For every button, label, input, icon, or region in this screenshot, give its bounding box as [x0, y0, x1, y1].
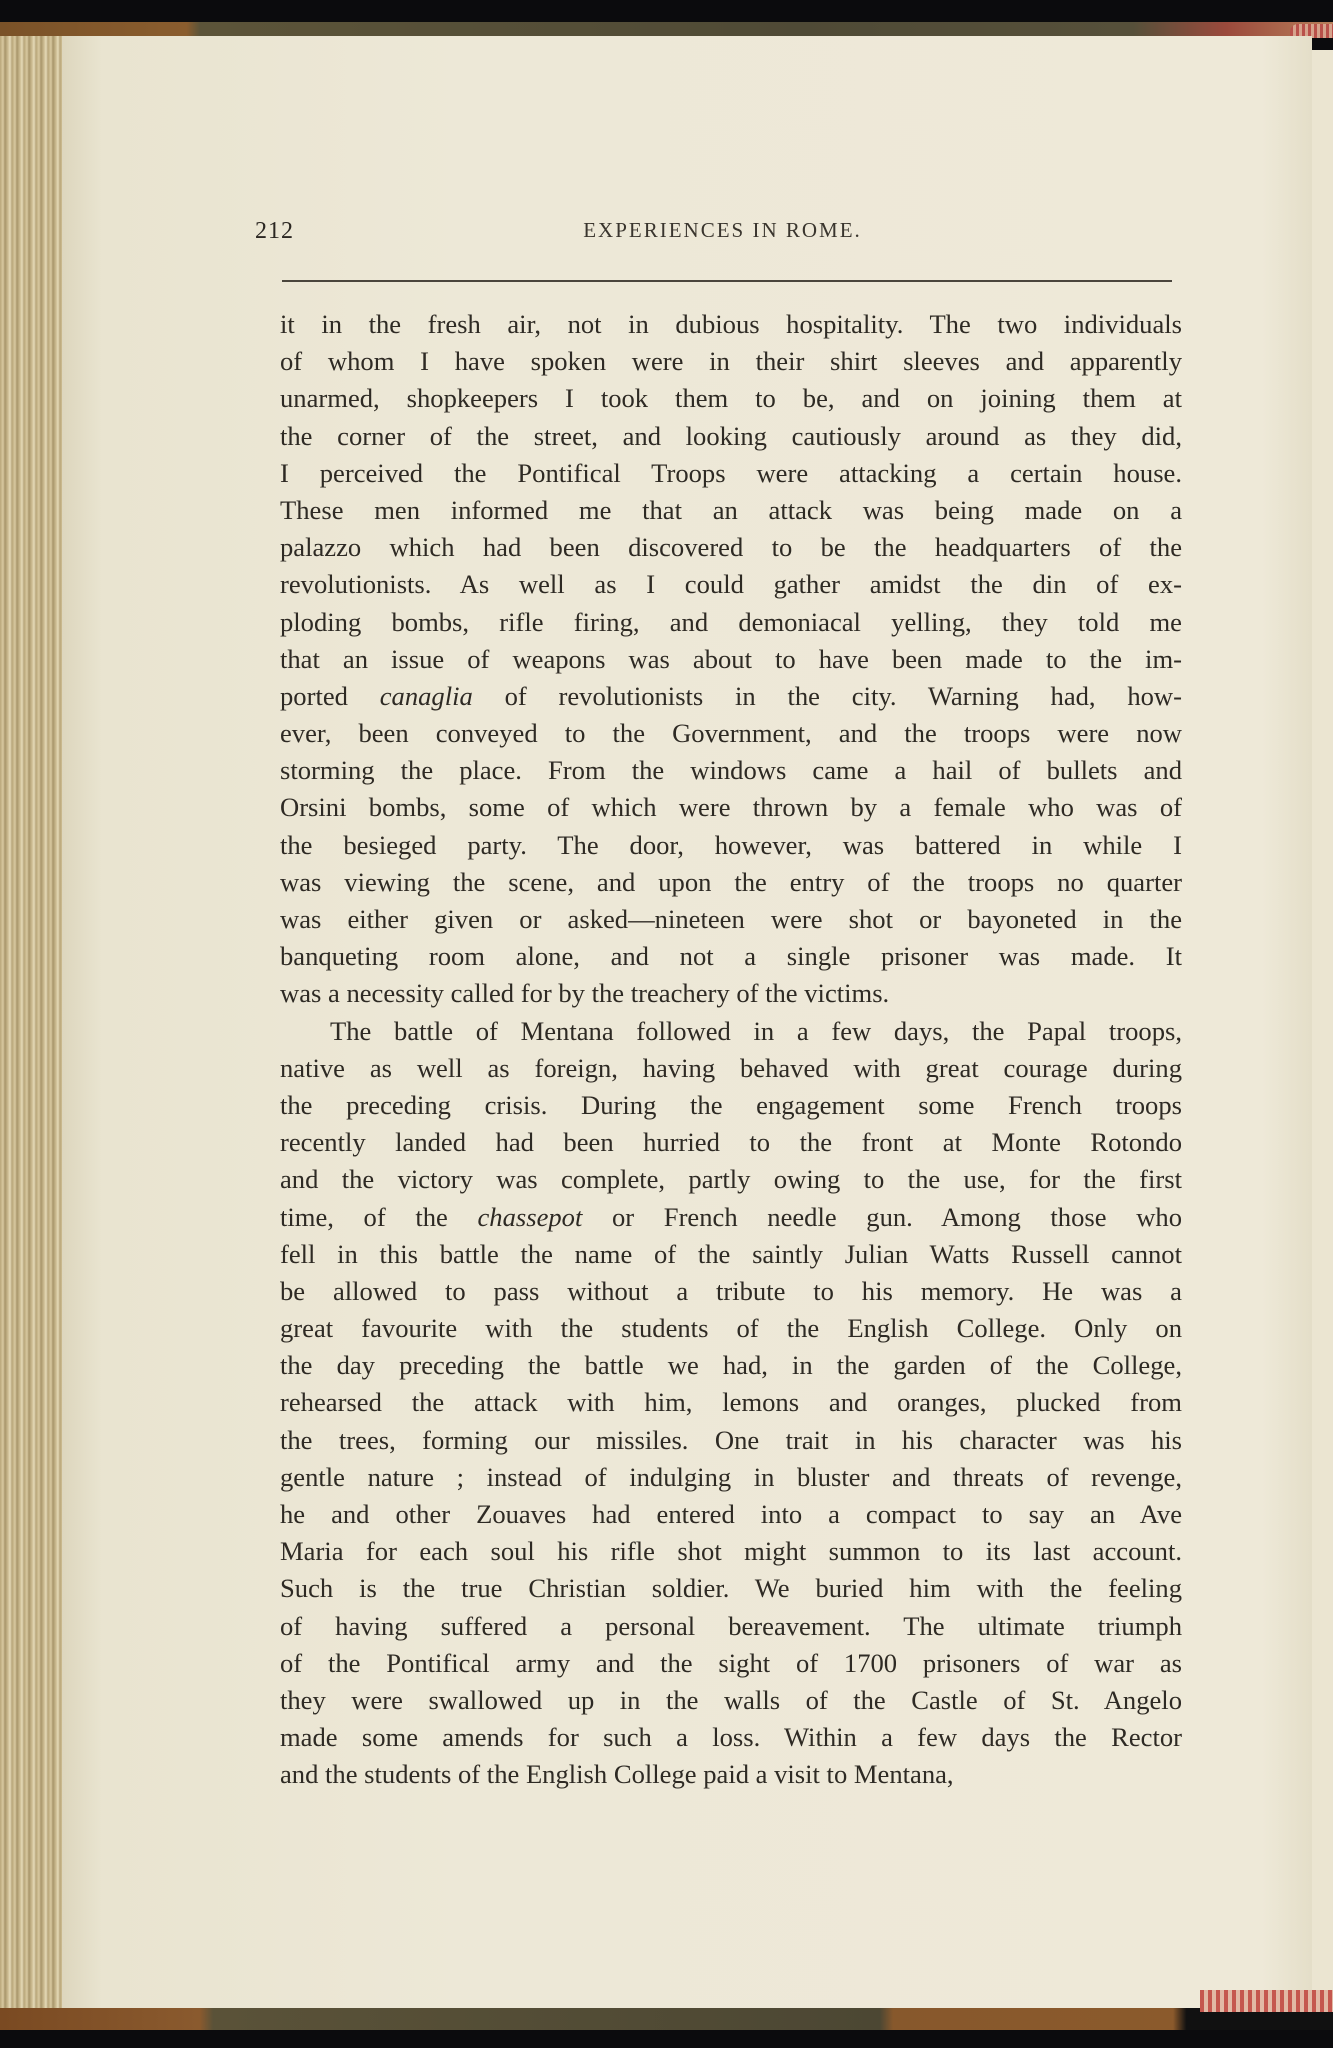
text-line: palazzo which had been discovered to be …: [280, 529, 1182, 566]
text-line: of the Pontifical army and the sight of …: [280, 1645, 1182, 1682]
running-head: 212 EXPERIENCES IN ROME.: [255, 218, 1170, 248]
italic-term: chassepot: [477, 1202, 582, 1232]
book-red-edge-bottom: [1200, 1990, 1333, 2012]
text-line: Such is the true Christian soldier. We b…: [280, 1570, 1182, 1607]
text-line: Orsini bombs, some of which were thrown …: [280, 789, 1182, 826]
text-line: These men informed me that an attack was…: [280, 492, 1182, 529]
text-line: storming the place. From the windows cam…: [280, 752, 1182, 789]
text-line: they were swallowed up in the walls of t…: [280, 1682, 1182, 1719]
text-line: was a necessity called for by the treach…: [280, 975, 1182, 1012]
text-line: unarmed, shopkeepers I took them to be, …: [280, 380, 1182, 417]
book-bottom-binding: [0, 2008, 1333, 2030]
text-line: the trees, forming our missiles. One tra…: [280, 1422, 1182, 1459]
text-line: and the students of the English College …: [280, 1756, 1182, 1793]
text-line: rehearsed the attack with him, lemons an…: [280, 1384, 1182, 1421]
text-line: of whom I have spoken were in their shir…: [280, 343, 1182, 380]
text-line: ever, been conveyed to the Government, a…: [280, 715, 1182, 752]
text-line: fell in this battle the name of the sain…: [280, 1236, 1182, 1273]
text-line: the day preceding the battle we had, in …: [280, 1347, 1182, 1384]
text-line: recently landed had been hurried to the …: [280, 1124, 1182, 1161]
book-top-binding: [0, 22, 1333, 36]
text-line: ploding bombs, rifle firing, and demonia…: [280, 604, 1182, 641]
header-rule: [282, 280, 1172, 282]
text-line: made some amends for such a loss. Within…: [280, 1719, 1182, 1756]
text-line: banqueting room alone, and not a single …: [280, 938, 1182, 975]
text-line: of having suffered a personal bereavemen…: [280, 1608, 1182, 1645]
text-line: The battle of Mentana followed in a few …: [280, 1013, 1182, 1050]
text-line: time, of the chassepot or French needle …: [280, 1199, 1182, 1236]
text-line: revolutionists. As well as I could gathe…: [280, 566, 1182, 603]
text-line: was either given or asked—nineteen were …: [280, 901, 1182, 938]
text-line: the besieged party. The door, however, w…: [280, 827, 1182, 864]
text-line: was viewing the scene, and upon the entr…: [280, 864, 1182, 901]
text-line: great favourite with the students of the…: [280, 1310, 1182, 1347]
text-line: he and other Zouaves had entered into a …: [280, 1496, 1182, 1533]
text-line: and the victory was complete, partly owi…: [280, 1161, 1182, 1198]
body-text: it in the fresh air, not in dubious hosp…: [280, 306, 1182, 1794]
text-line: that an issue of weapons was about to ha…: [280, 641, 1182, 678]
running-head-title: EXPERIENCES IN ROME.: [255, 218, 1170, 243]
text-line: be allowed to pass without a tribute to …: [280, 1273, 1182, 1310]
text-line: Maria for each soul his rifle shot might…: [280, 1533, 1182, 1570]
text-line: the preceding crisis. During the engagem…: [280, 1087, 1182, 1124]
text-line: gentle nature ; instead of indulging in …: [280, 1459, 1182, 1496]
text-line: I perceived the Pontifical Troops were a…: [280, 455, 1182, 492]
text-line: native as well as foreign, having behave…: [280, 1050, 1182, 1087]
text-line: ported canaglia of revolutionists in the…: [280, 678, 1182, 715]
stacked-page-edges: [0, 36, 63, 2012]
italic-term: canaglia: [380, 681, 473, 711]
text-line: it in the fresh air, not in dubious hosp…: [280, 306, 1182, 343]
text-line: the corner of the street, and looking ca…: [280, 418, 1182, 455]
